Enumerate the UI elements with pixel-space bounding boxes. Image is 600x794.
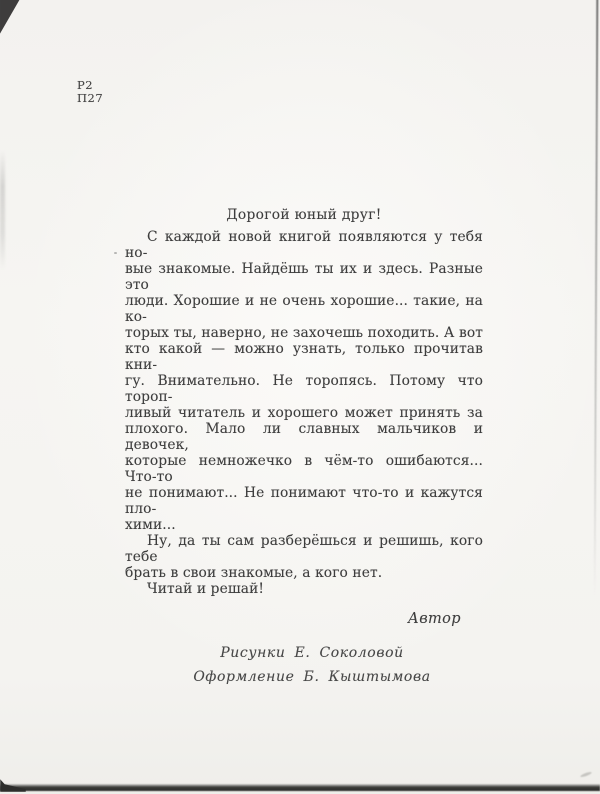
scanned-book-page: Р2 П27 Дорогой юный друг! С каждой новой… [0,0,600,794]
foreword-text-line: люди. Хорошие и не очень хорошие... таки… [125,293,483,325]
foreword-text-line: ливый читатель и хорошего может принять … [125,405,483,421]
foreword-text-line: С каждой новой книгой появляются у тебя … [125,229,483,261]
foreword-text-line: кто какой — можно узнать, только прочита… [125,341,483,373]
foreword-text-line: хими... [125,517,483,533]
scan-speck [114,252,117,254]
foreword-text-line: торых ты, наверно, не захочешь походить.… [125,325,483,341]
foreword-text-line: Ну, да ты сам разберёшься и решишь, кого… [125,533,483,565]
scan-bottom-edge-shadow [0,784,600,791]
foreword-text-line: плохого. Мало ли славных мальчиков и дев… [125,421,483,453]
author-signature: Автор [125,611,483,627]
foreword-body: С каждой новой книгой появляются у тебя … [125,229,483,597]
credits-block: Рисунки Е. Соколовой Оформление Б. Кышты… [12,645,600,693]
foreword-text-line: Читай и решай! [125,581,483,597]
foreword-text-line: не понимают... Не понимают что-то и кажу… [125,485,483,517]
library-code: Р2 П27 [77,79,103,105]
scan-speck [580,771,592,778]
foreword-text-line: брать в свои знакомые, а кого нет. [125,565,483,581]
foreword-text-line: гу. Внимательно. Не торопясь. Потому что… [125,373,483,405]
scan-page-edge-line [594,0,599,596]
foreword-text-line: вые знакомые. Найдёшь ты их и здесь. Раз… [125,261,483,293]
foreword-block: Дорогой юный друг! С каждой новой книгой… [125,207,483,627]
library-code-author-sign: П27 [77,92,103,105]
scan-left-edge-streak [0,150,5,270]
designer-credit: Оформление Б. Кыштымова [12,669,600,685]
foreword-text-line: которые немножечко в чём-то ошибаются...… [125,453,483,485]
illustrator-credit: Рисунки Е. Соколовой [12,645,600,661]
foreword-heading: Дорогой юный друг! [125,207,483,223]
scan-corner-smudge [0,0,24,44]
